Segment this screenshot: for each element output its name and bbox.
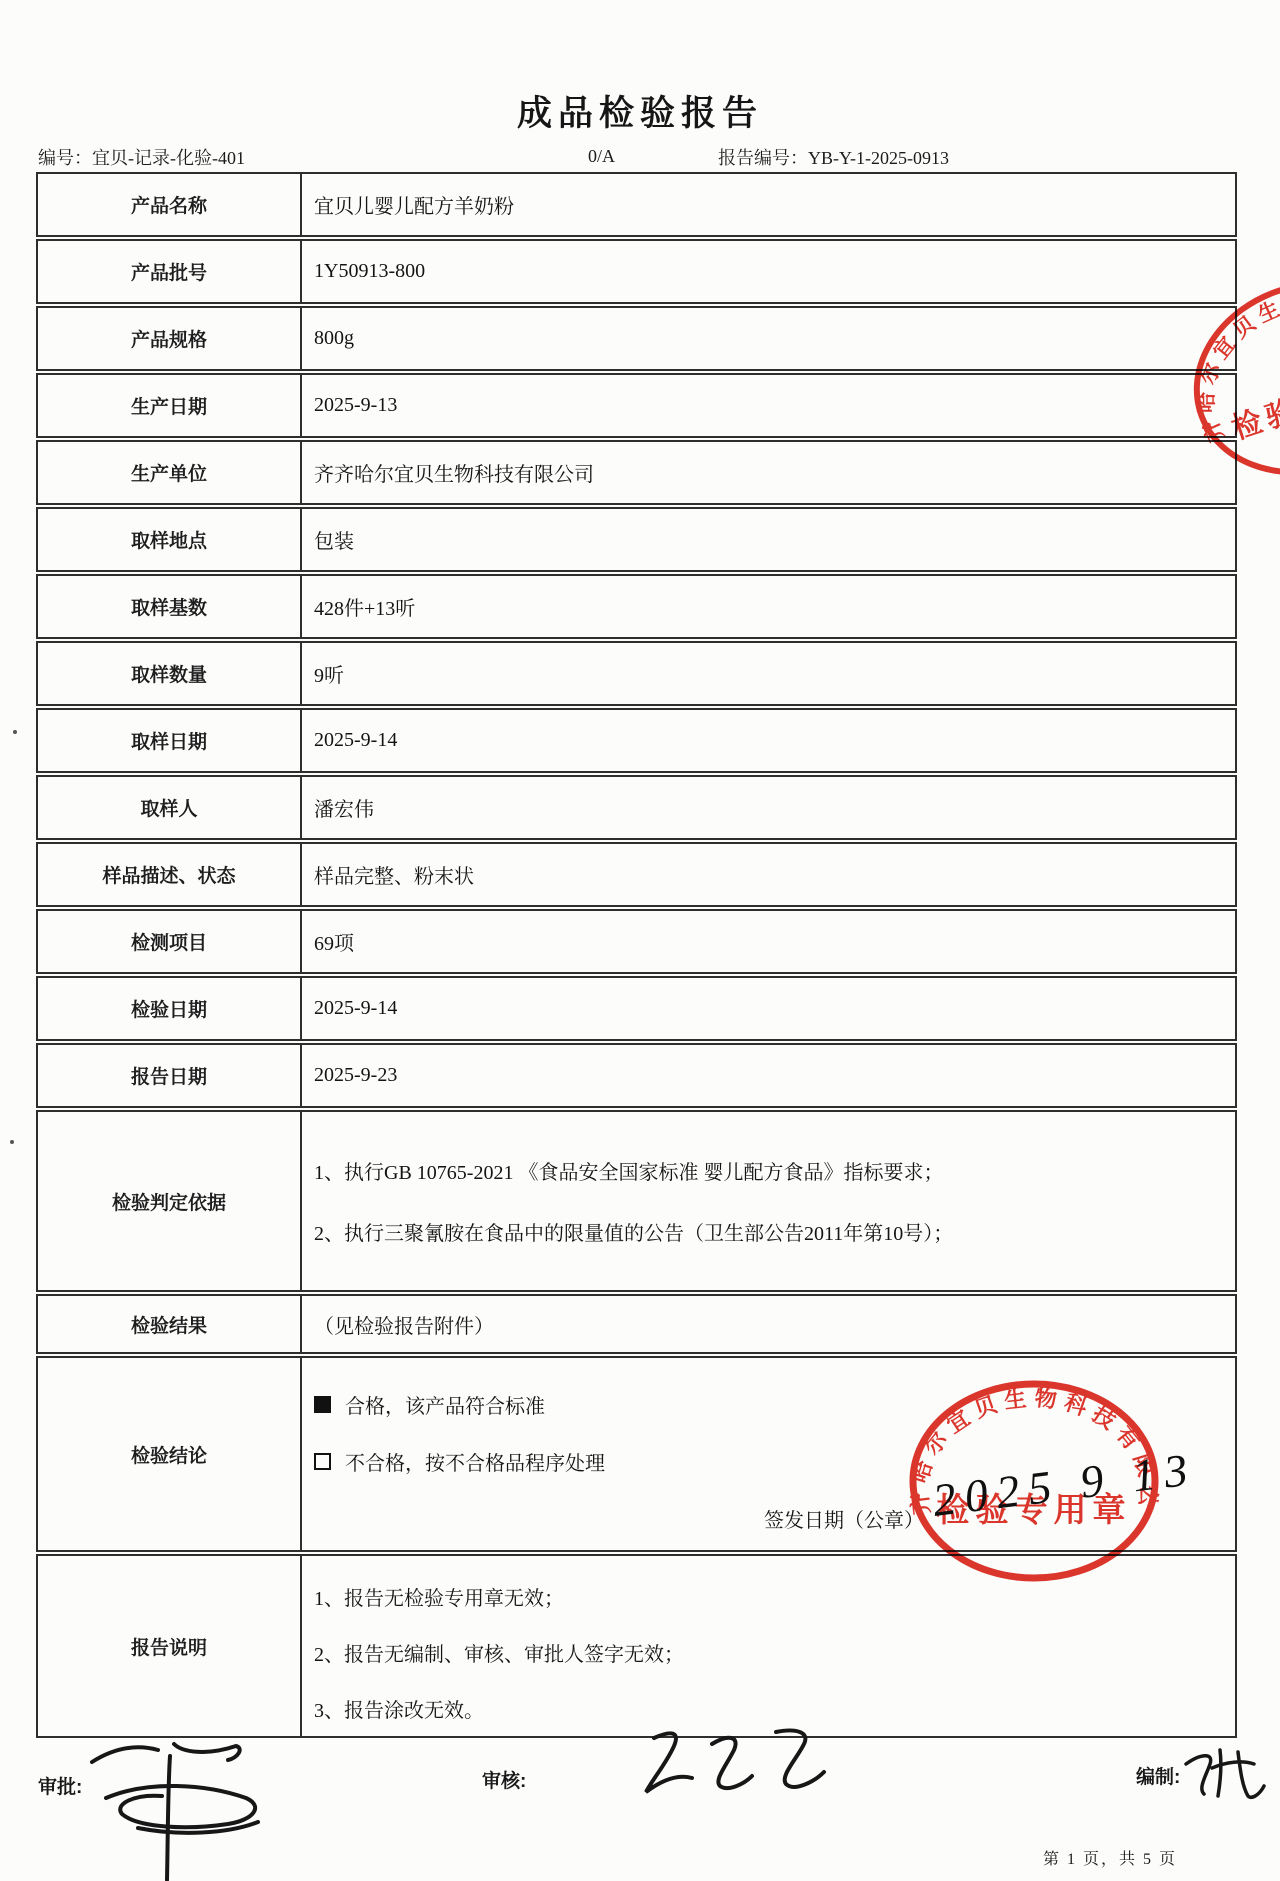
row-value: 9听 bbox=[300, 643, 1235, 704]
table-row: 取样日期 2025-9-14 bbox=[36, 708, 1237, 773]
doc-version: 0/A bbox=[588, 146, 615, 167]
doc-number: 编号：宜贝-记录-化验-401 bbox=[38, 144, 245, 170]
row-value: 2025-9-14 bbox=[300, 978, 1235, 1039]
row-value: 潘宏伟 bbox=[300, 777, 1235, 838]
row-label: 报告日期 bbox=[38, 1045, 300, 1106]
report-meta-row: 编号：宜贝-记录-化验-401 0/A 报告编号：YB-Y-1-2025-091… bbox=[0, 144, 1280, 170]
row-label: 生产日期 bbox=[38, 375, 300, 436]
basis-line-2: 2、执行三聚氰胺在食品中的限量值的公告（卫生部公告2011年第10号）； bbox=[314, 1217, 953, 1246]
table-row: 生产单位 齐齐哈尔宜贝生物科技有限公司 bbox=[36, 440, 1237, 505]
row-label: 生产单位 bbox=[38, 442, 300, 503]
table-row: 生产日期 2025-9-13 bbox=[36, 373, 1237, 438]
row-value: 包装 bbox=[300, 509, 1235, 570]
judgment-basis-text: 1、执行GB 10765-2021 《食品安全国家标准 婴儿配方食品》指标要求；… bbox=[300, 1112, 1235, 1290]
table-row: 取样基数 428件+13听 bbox=[36, 574, 1237, 639]
row-value: 428件+13听 bbox=[300, 576, 1235, 637]
row-value: 2025-9-23 bbox=[300, 1045, 1235, 1106]
row-label: 取样地点 bbox=[38, 509, 300, 570]
row-label: 产品名称 bbox=[38, 174, 300, 235]
table-row: 检验日期 2025-9-14 bbox=[36, 976, 1237, 1041]
row-label: 产品批号 bbox=[38, 241, 300, 302]
scan-speck bbox=[10, 1140, 14, 1144]
row-label: 取样人 bbox=[38, 777, 300, 838]
result-row: 检验结果 （见检验报告附件） bbox=[36, 1294, 1237, 1354]
table-row: 取样人 潘宏伟 bbox=[36, 775, 1237, 840]
row-label: 检验结论 bbox=[38, 1358, 300, 1550]
row-value: 69项 bbox=[300, 911, 1235, 972]
note-line-3: 3、报告涂改无效。 bbox=[314, 1694, 484, 1723]
unchecked-checkbox-icon bbox=[314, 1453, 331, 1470]
checked-checkbox-icon bbox=[314, 1396, 331, 1413]
prepare-signature bbox=[1176, 1742, 1276, 1804]
stamp-center-text: 检验专用章 bbox=[1228, 360, 1280, 446]
page-number: 第 1 页，共 5 页 bbox=[1010, 1846, 1210, 1869]
review-label: 审核: bbox=[482, 1766, 526, 1793]
table-row: 产品规格 800g bbox=[36, 306, 1237, 371]
table-row: 检测项目 69项 bbox=[36, 909, 1237, 974]
row-label: 取样日期 bbox=[38, 710, 300, 771]
report-number: 报告编号：YB-Y-1-2025-0913 bbox=[718, 144, 949, 170]
row-label: 报告说明 bbox=[38, 1556, 300, 1736]
scan-speck bbox=[13, 730, 17, 734]
row-value: 齐齐哈尔宜贝生物科技有限公司 bbox=[300, 442, 1235, 503]
row-label: 检验判定依据 bbox=[38, 1112, 300, 1290]
table-row: 产品批号 1Y50913-800 bbox=[36, 239, 1237, 304]
pass-option-label: 合格，该产品符合标准 bbox=[345, 1390, 545, 1419]
row-label: 产品规格 bbox=[38, 308, 300, 369]
table-row: 产品名称 宜贝儿婴儿配方羊奶粉 bbox=[36, 172, 1237, 237]
table-row: 样品描述、状态 样品完整、粉末状 bbox=[36, 842, 1237, 907]
row-value: 样品完整、粉末状 bbox=[300, 844, 1235, 905]
row-value: 2025-9-14 bbox=[300, 710, 1235, 771]
row-value: 800g bbox=[300, 308, 1235, 369]
judgment-basis-row: 检验判定依据 1、执行GB 10765-2021 《食品安全国家标准 婴儿配方食… bbox=[36, 1110, 1237, 1292]
approve-label: 审批: bbox=[38, 1772, 82, 1799]
table-row: 取样地点 包装 bbox=[36, 507, 1237, 572]
page-title: 成品检验报告 bbox=[0, 86, 1280, 136]
row-value: 宜贝儿婴儿配方羊奶粉 bbox=[300, 174, 1235, 235]
partial-edge-stamp: 齐齐哈尔宜贝生物科技有限公司 检验专用章 bbox=[1186, 244, 1280, 512]
fail-option: 不合格，按不合格品程序处理 bbox=[314, 1447, 605, 1476]
review-signature bbox=[628, 1722, 848, 1807]
result-value: （见检验报告附件） bbox=[300, 1296, 1235, 1352]
basis-line-1: 1、执行GB 10765-2021 《食品安全国家标准 婴儿配方食品》指标要求； bbox=[314, 1156, 943, 1185]
approve-signature bbox=[78, 1736, 298, 1881]
table-row: 报告日期 2025-9-23 bbox=[36, 1043, 1237, 1108]
row-label: 检验日期 bbox=[38, 978, 300, 1039]
row-label: 检验结果 bbox=[38, 1296, 300, 1352]
prepare-label: 编制: bbox=[1136, 1762, 1180, 1789]
note-line-1: 1、报告无检验专用章无效； bbox=[314, 1582, 564, 1611]
fail-option-label: 不合格，按不合格品程序处理 bbox=[345, 1447, 605, 1476]
pass-option: 合格，该产品符合标准 bbox=[314, 1390, 545, 1419]
table-row: 取样数量 9听 bbox=[36, 641, 1237, 706]
row-label: 取样数量 bbox=[38, 643, 300, 704]
issue-date-label: 签发日期（公章） bbox=[764, 1504, 924, 1533]
row-value: 1Y50913-800 bbox=[300, 241, 1235, 302]
scanned-report-page: 成品检验报告 编号：宜贝-记录-化验-401 0/A 报告编号：YB-Y-1-2… bbox=[0, 0, 1280, 1881]
row-label: 检测项目 bbox=[38, 911, 300, 972]
note-line-2: 2、报告无编制、审核、审批人签字无效； bbox=[314, 1638, 684, 1667]
row-label: 样品描述、状态 bbox=[38, 844, 300, 905]
row-label: 取样基数 bbox=[38, 576, 300, 637]
row-value: 2025-9-13 bbox=[300, 375, 1235, 436]
